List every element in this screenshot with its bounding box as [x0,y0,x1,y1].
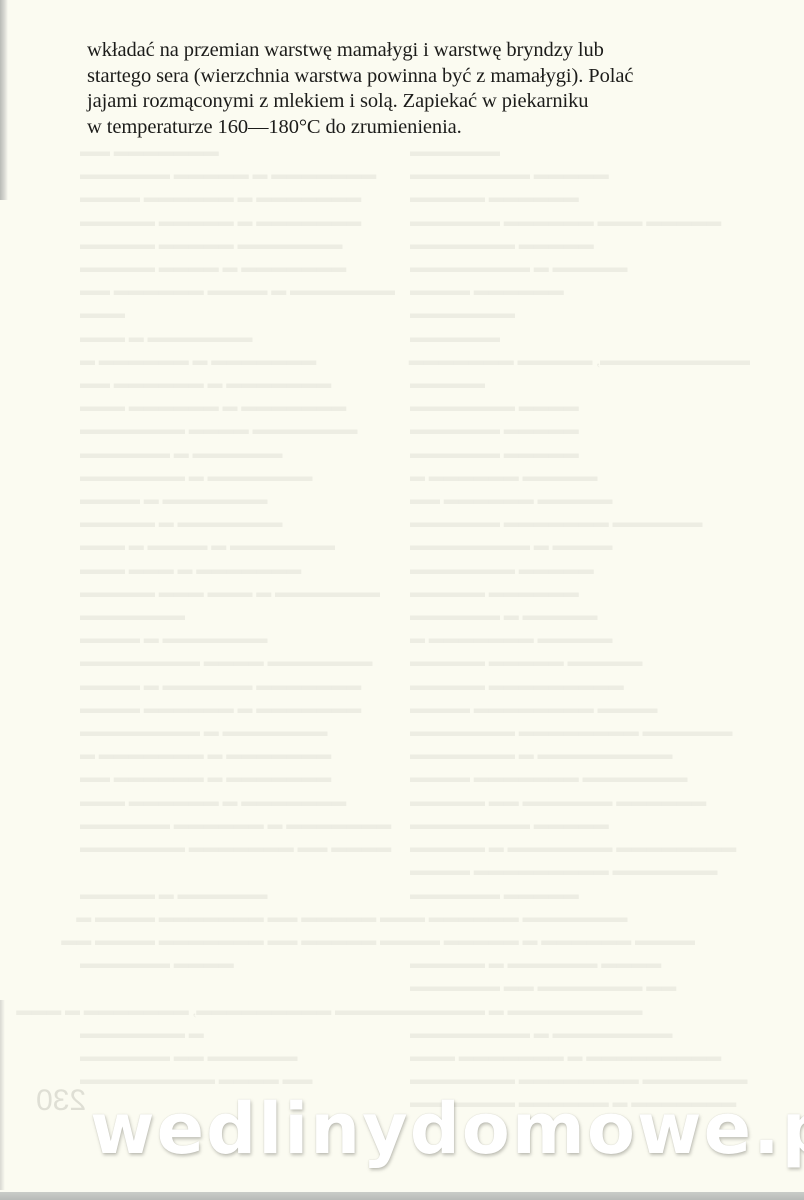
body-line: w temperaturze 160—180°C do zrumienienia… [87,115,733,141]
body-line: jajami rozmąconymi z mlekiem i solą. Zap… [87,89,733,115]
recipe-body-text: wkładać na przemian warstwę mamałygi i w… [87,38,733,140]
body-line: wkładać na przemian warstwę mamałygi i w… [87,38,733,64]
bleed-through-left-column: ▬▬▬▬▬▬▬ ▬▬ ▬▬▬▬▬▬▬ ▬ ▬▬▬▬▬ ▬▬▬▬▬▬ ▬▬▬▬▬▬… [80,141,410,1092]
page-edge-shadow-left [0,0,8,200]
page-number-bleed-through: 230 [36,1084,86,1118]
bleed-through-right-column: ▬▬▬▬▬▬ ▬▬▬▬▬ ▬▬▬▬▬▬▬▬ ▬▬▬▬▬▬ ▬▬▬▬▬ ▬▬▬▬▬… [410,141,750,1116]
page-edge-shadow-left-lower [0,1000,5,1190]
page-edge-shadow-bottom [0,1192,804,1200]
scanned-page: ▬▬▬▬▬▬▬ ▬▬ ▬▬▬▬▬▬▬ ▬ ▬▬▬▬▬ ▬▬▬▬▬▬ ▬▬▬▬▬▬… [0,0,804,1192]
site-watermark: wedlinydomowe.pl [90,1088,804,1170]
body-line: startego sera (wierzchnia warstwa powinn… [87,64,733,90]
